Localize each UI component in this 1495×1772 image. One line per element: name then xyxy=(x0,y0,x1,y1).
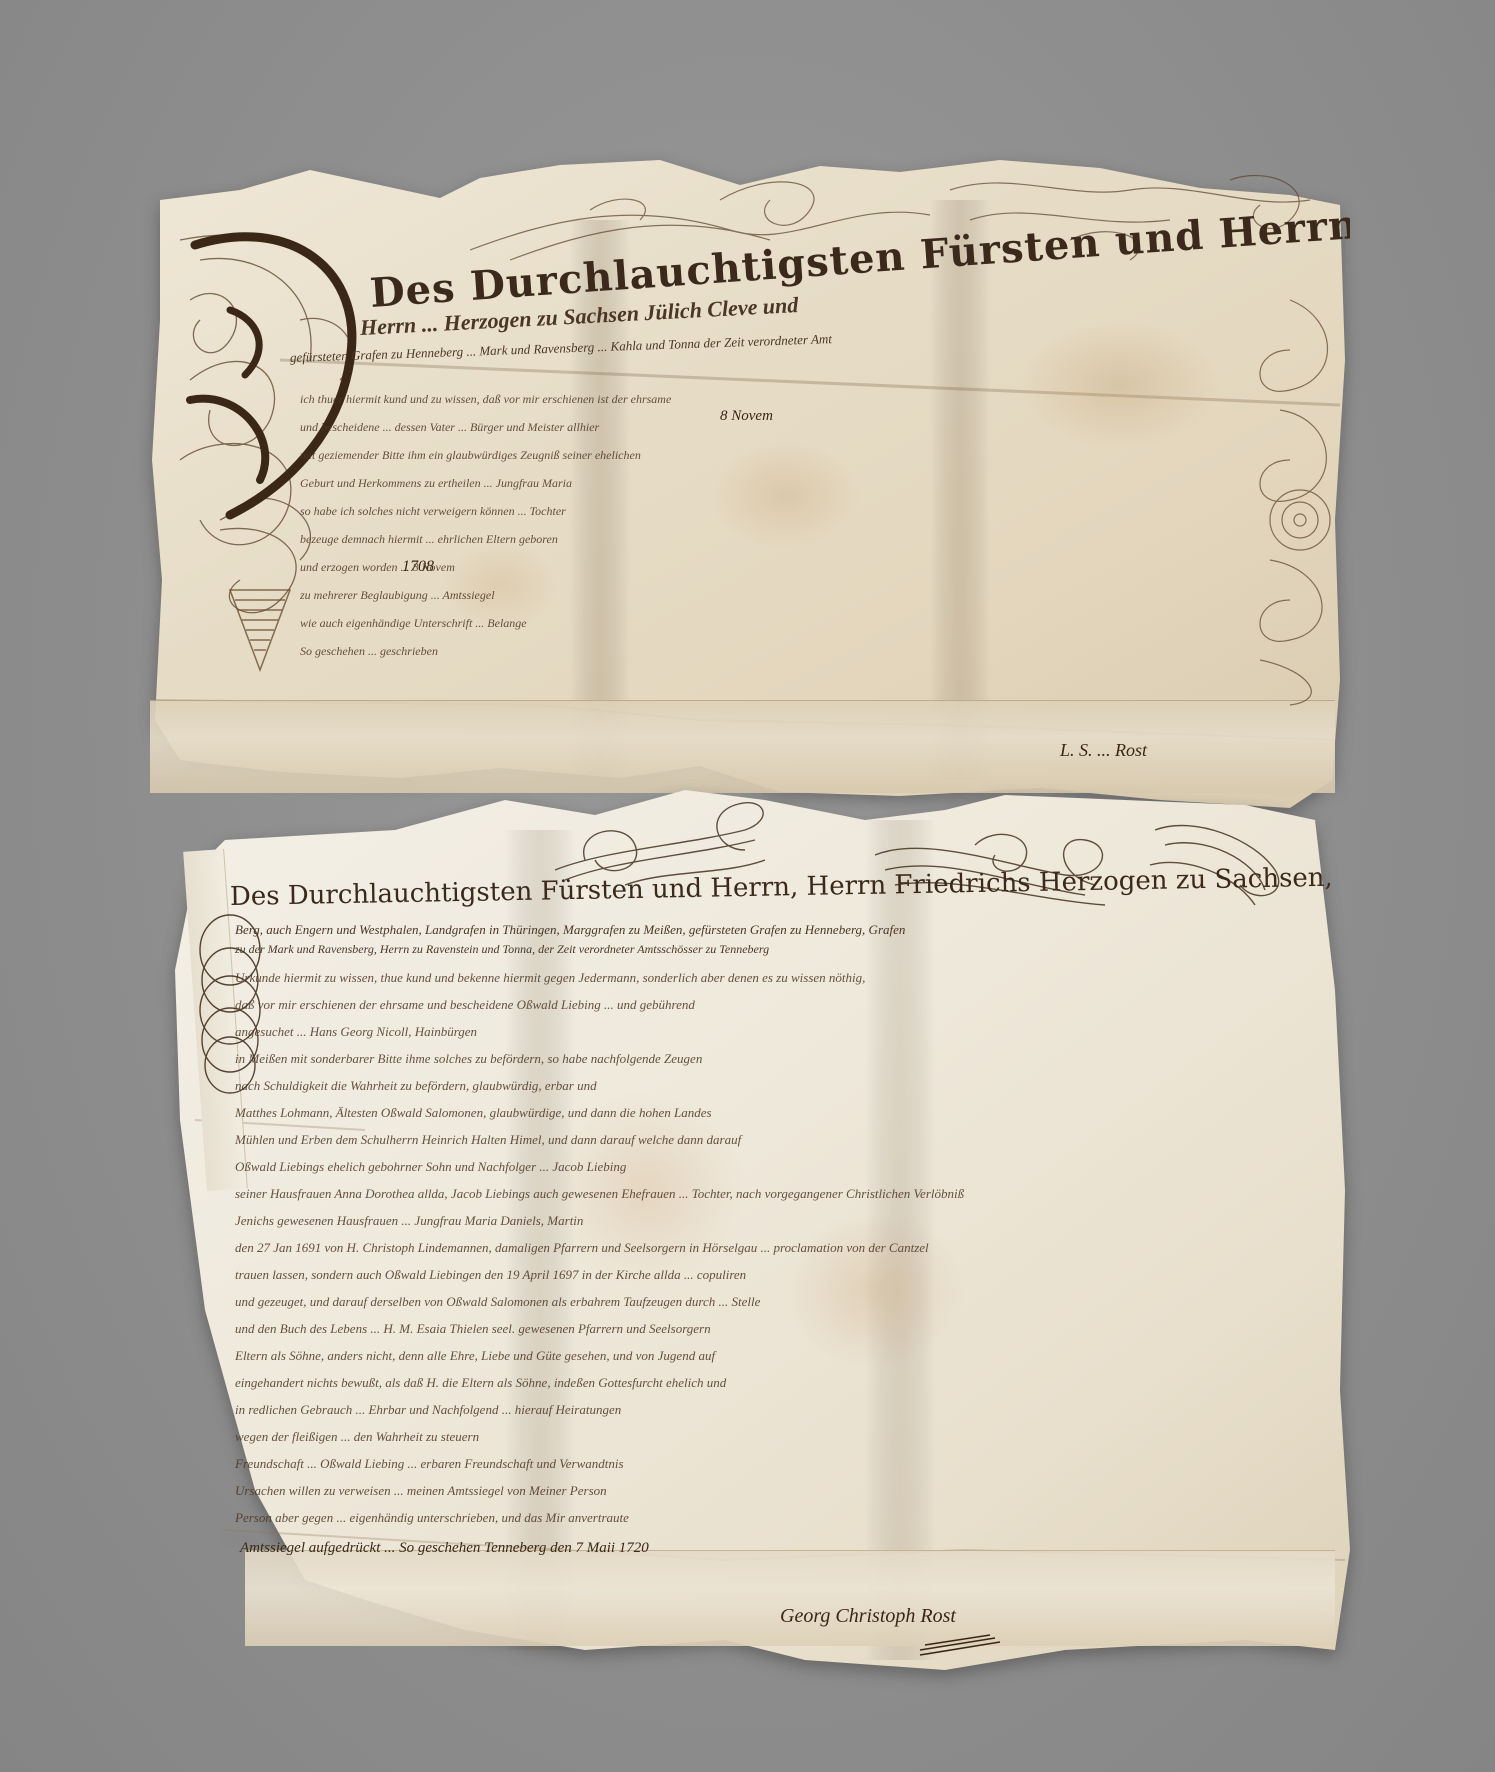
body-line: Urkunde hiermit zu wissen, thue kund und… xyxy=(235,964,1325,991)
body-line: trauen lassen, sondern auch Oßwald Liebi… xyxy=(235,1261,1325,1288)
body-line: bezeuge demnach hiermit ... ehrlichen El… xyxy=(300,525,1220,553)
body-line: So geschehen ... geschrieben xyxy=(300,637,1220,665)
body-line: in Meißen mit sonderbarer Bitte ihme sol… xyxy=(235,1045,1325,1072)
lower-body-text: Urkunde hiermit zu wissen, thue kund und… xyxy=(235,964,1325,1531)
body-line: Matthes Lohmann, Ältesten Oßwald Salomon… xyxy=(235,1099,1325,1126)
body-line: angesuchet ... Hans Georg Nicoll, Hainbü… xyxy=(235,1018,1325,1045)
upper-signature: L. S. ... Rost xyxy=(1060,740,1147,761)
body-line: und den Buch des Lebens ... H. M. Esaia … xyxy=(235,1315,1325,1342)
lower-signature: Georg Christoph Rost xyxy=(780,1605,956,1628)
lower-parchment-document: Des Durchlauchtigsten Fürsten und Herrn,… xyxy=(165,790,1350,1690)
calligraphic-flourish-icon xyxy=(1230,290,1350,710)
lower-closing-line: Amtssiegel aufgedrückt ... So geschehen … xyxy=(240,1540,649,1557)
body-line: Mühlen und Erben dem Schulherrn Heinrich… xyxy=(235,1126,1325,1153)
body-line: so habe ich solches nicht verweigern kön… xyxy=(300,497,1220,525)
body-line: Freundschaft ... Oßwald Liebing ... erba… xyxy=(235,1450,1325,1477)
body-line: Person aber gegen ... eigenhändig unters… xyxy=(235,1504,1325,1531)
body-line: wie auch eigenhändige Unterschrift ... B… xyxy=(300,609,1220,637)
body-line: in redlichen Gebrauch ... Ehrbar und Nac… xyxy=(235,1396,1325,1423)
body-line: und bescheidene ... dessen Vater ... Bür… xyxy=(300,413,1220,441)
body-line: nach Schuldigkeit die Wahrheit zu beförd… xyxy=(235,1072,1325,1099)
body-line: seiner Hausfrauen Anna Dorothea allda, J… xyxy=(235,1180,1325,1207)
body-line: und gezeuget, und darauf derselben von O… xyxy=(235,1288,1325,1315)
body-line: ich thuer hiermit kund und zu wissen, da… xyxy=(300,385,1220,413)
body-line: Oßwald Liebings ehelich gebohrner Sohn u… xyxy=(235,1153,1325,1180)
upper-body-text: ich thuer hiermit kund und zu wissen, da… xyxy=(300,385,1220,665)
body-line: zu mehrerer Beglaubigung ... Amtssiegel xyxy=(300,581,1220,609)
body-line: eingehandert nichts bewußt, als daß H. d… xyxy=(235,1369,1325,1396)
body-line: wegen der fleißigen ... den Wahrheit zu … xyxy=(235,1423,1325,1450)
lower-subheading-line2: zu der Mark und Ravensberg, Herrn zu Rav… xyxy=(235,942,1315,957)
body-line: Ursachen willen zu verweisen ... meinen … xyxy=(235,1477,1325,1504)
body-line: mit geziemender Bitte ihm ein glaubwürdi… xyxy=(300,441,1220,469)
signature-paraph-icon xyxy=(915,1630,1005,1660)
upper-parchment-document: Des Durchlauchtigsten Fürsten und Herrn,… xyxy=(140,160,1350,820)
body-line: und erzogen worden ... 8 Novem xyxy=(300,553,1220,581)
body-line: Eltern als Söhne, anders nicht, denn all… xyxy=(235,1342,1325,1369)
lower-subheading-line1: Berg, auch Engern und Westphalen, Landgr… xyxy=(235,922,1315,938)
body-line: Geburt und Herkommens zu ertheilen ... J… xyxy=(300,469,1220,497)
body-line: den 27 Jan 1691 von H. Christoph Lindema… xyxy=(235,1234,1325,1261)
body-line: daß vor mir erschienen der ehrsame und b… xyxy=(235,991,1325,1018)
body-line: Jenichs gewesenen Hausfrauen ... Jungfra… xyxy=(235,1207,1325,1234)
